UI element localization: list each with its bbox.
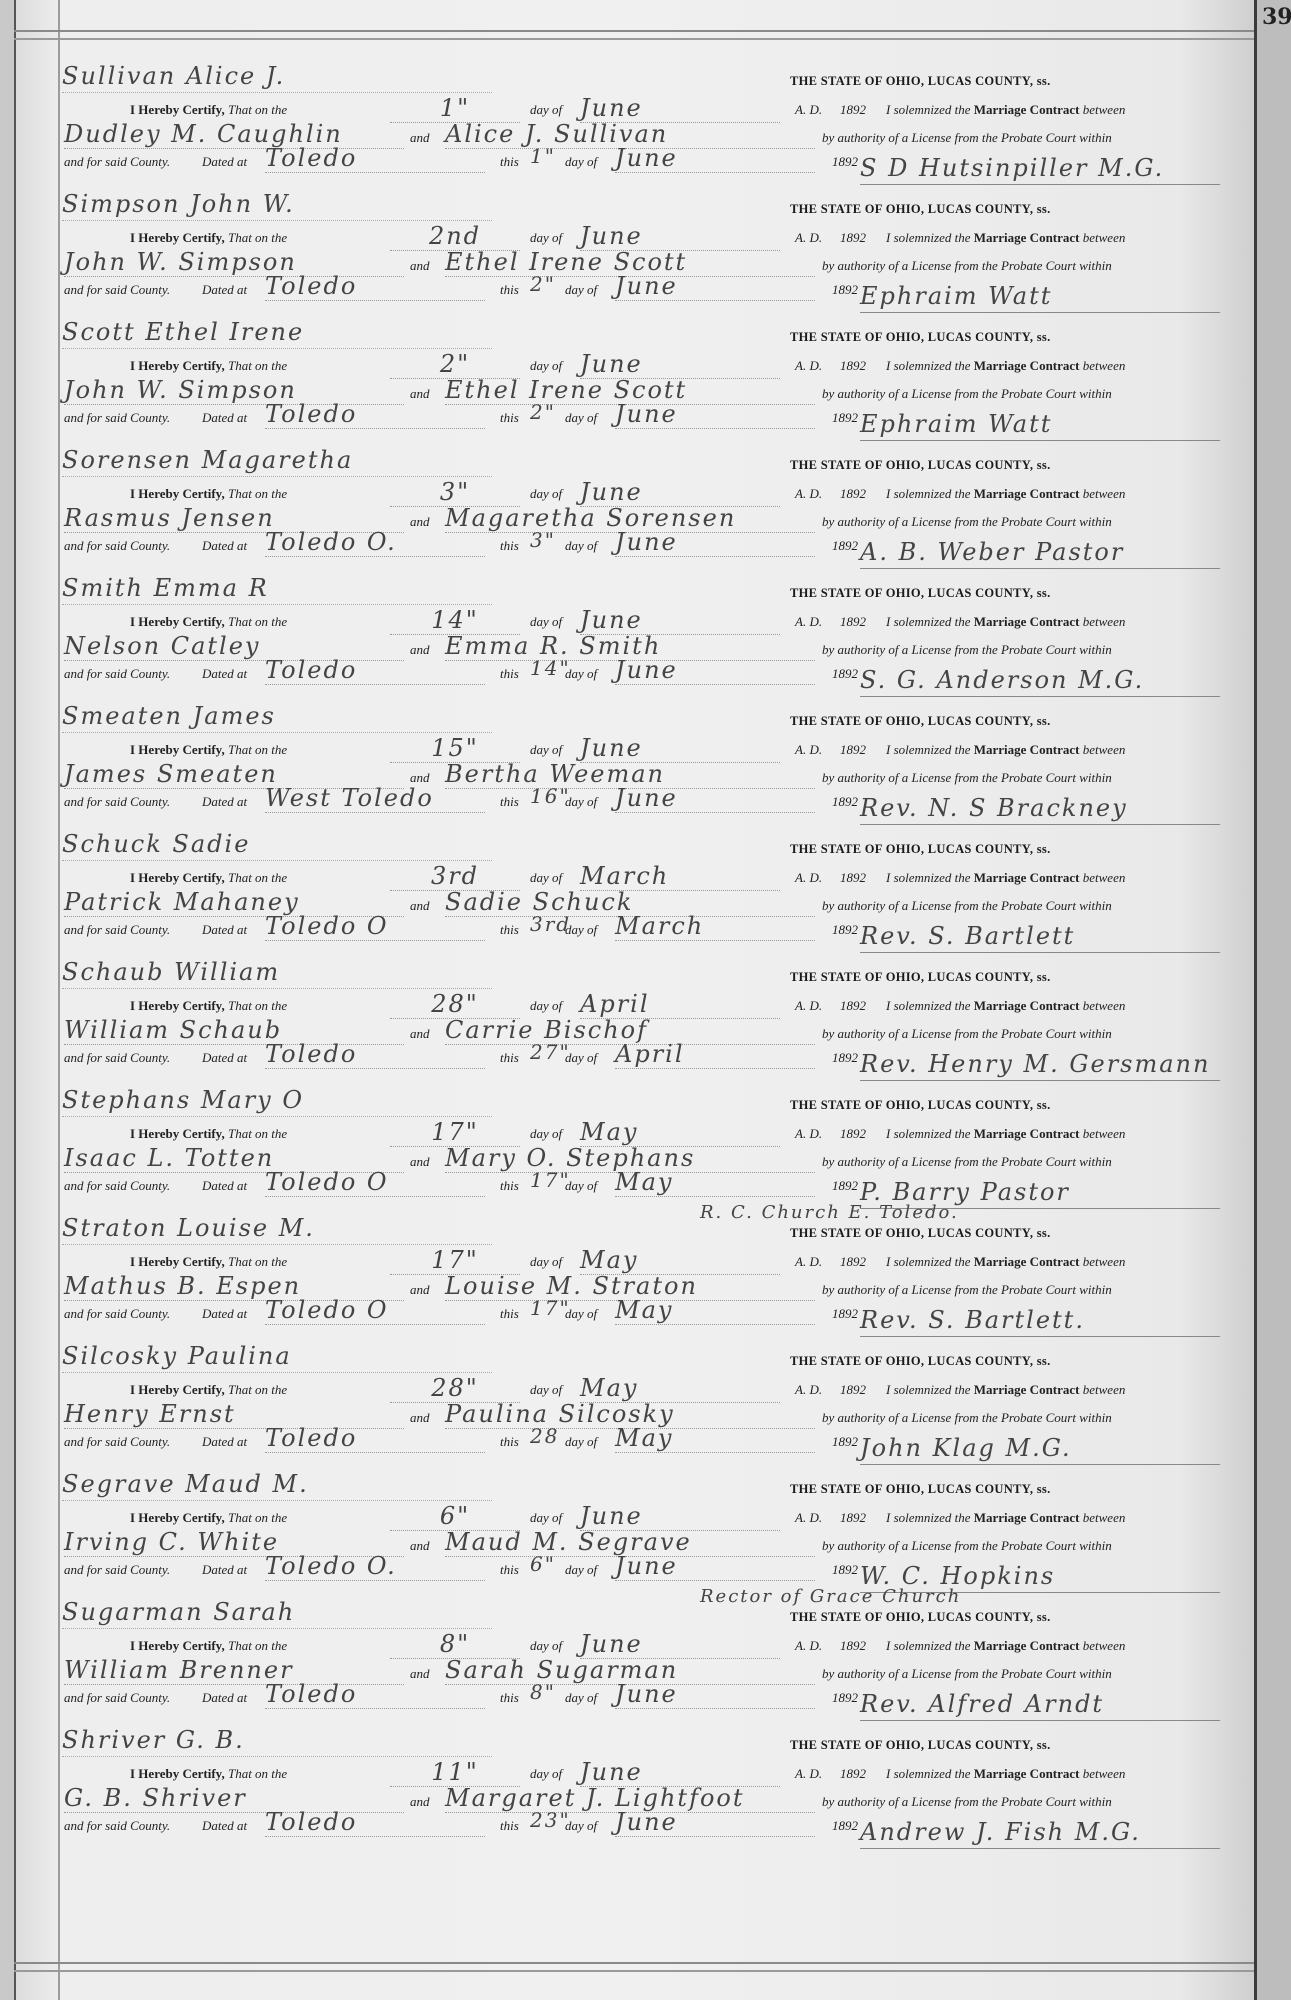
dated-place: Toledo xyxy=(265,1040,485,1069)
dated-month: June xyxy=(615,1552,815,1581)
certify-label: I Hereby Certify, That on the xyxy=(130,102,287,118)
dated-year: 1892 xyxy=(832,1690,858,1706)
day-of-label: day of xyxy=(530,614,562,630)
ad-label: A. D. xyxy=(795,1254,822,1270)
dated-day-of-label: day of xyxy=(565,1306,597,1322)
marriage-record: Schuck Sadie THE STATE OF OHIO, LUCAS CO… xyxy=(60,830,1220,954)
dated-place: Toledo xyxy=(265,400,485,429)
marriage-record: Straton Louise M. THE STATE OF OHIO, LUC… xyxy=(60,1214,1220,1338)
dated-place: Toledo xyxy=(265,1424,485,1453)
dated-year: 1892 xyxy=(832,1050,858,1066)
state-header: THE STATE OF OHIO, LUCAS COUNTY, ss. xyxy=(790,842,1051,857)
dated-day-of-label: day of xyxy=(565,282,597,298)
index-name: Smeaten James xyxy=(62,702,492,733)
marriage-year: 1892 xyxy=(840,230,866,246)
marriage-record: Simpson John W. THE STATE OF OHIO, LUCAS… xyxy=(60,190,1220,314)
ad-label: A. D. xyxy=(795,486,822,502)
day-of-label: day of xyxy=(530,998,562,1014)
day-of-label: day of xyxy=(530,1126,562,1142)
dated-year: 1892 xyxy=(832,410,858,426)
dated-year: 1892 xyxy=(832,922,858,938)
day-of-label: day of xyxy=(530,1254,562,1270)
dated-month: June xyxy=(615,528,815,557)
ad-label: A. D. xyxy=(795,102,822,118)
dated-year: 1892 xyxy=(832,1178,858,1194)
ad-label: A. D. xyxy=(795,1766,822,1782)
county-label: and for said County. xyxy=(64,1818,170,1834)
marriage-record: Silcosky Paulina THE STATE OF OHIO, LUCA… xyxy=(60,1342,1220,1466)
day-of-label: day of xyxy=(530,1638,562,1654)
dated-day-of-label: day of xyxy=(565,1818,597,1834)
day-of-label: day of xyxy=(530,1510,562,1526)
county-label: and for said County. xyxy=(64,1178,170,1194)
index-name: Stephans Mary O xyxy=(62,1086,492,1117)
index-name: Shriver G. B. xyxy=(62,1726,492,1757)
county-label: and for said County. xyxy=(64,410,170,426)
ad-label: A. D. xyxy=(795,358,822,374)
marriage-year: 1892 xyxy=(840,742,866,758)
county-label: and for said County. xyxy=(64,1562,170,1578)
dated-month: May xyxy=(615,1296,815,1325)
dated-place: Toledo xyxy=(265,1808,485,1837)
marriage-record: Stephans Mary O THE STATE OF OHIO, LUCAS… xyxy=(60,1086,1220,1210)
certify-label: I Hereby Certify, That on the xyxy=(130,1254,287,1270)
dated-day-of-label: day of xyxy=(565,538,597,554)
solemnized-label: I solemnized the Marriage Contract betwe… xyxy=(886,614,1125,630)
solemnized-label: I solemnized the Marriage Contract betwe… xyxy=(886,102,1125,118)
this-label: this xyxy=(500,1434,519,1450)
solemnized-label: I solemnized the Marriage Contract betwe… xyxy=(886,998,1125,1014)
state-header: THE STATE OF OHIO, LUCAS COUNTY, ss. xyxy=(790,1738,1051,1753)
county-label: and for said County. xyxy=(64,1306,170,1322)
dated-place: Toledo O xyxy=(265,1168,485,1197)
dated-at-label: Dated at xyxy=(202,1690,247,1706)
ad-label: A. D. xyxy=(795,1382,822,1398)
certify-label: I Hereby Certify, That on the xyxy=(130,998,287,1014)
marriage-record: Segrave Maud M. THE STATE OF OHIO, LUCAS… xyxy=(60,1470,1220,1594)
marriage-record: Smith Emma R THE STATE OF OHIO, LUCAS CO… xyxy=(60,574,1220,698)
officiant-signature: Ephraim Watt xyxy=(860,282,1220,313)
certify-label: I Hereby Certify, That on the xyxy=(130,1126,287,1142)
dated-place: Toledo xyxy=(265,272,485,301)
certify-label: I Hereby Certify, That on the xyxy=(130,742,287,758)
ad-label: A. D. xyxy=(795,614,822,630)
marriage-record: Schaub William THE STATE OF OHIO, LUCAS … xyxy=(60,958,1220,1082)
dated-day-of-label: day of xyxy=(565,666,597,682)
day-of-label: day of xyxy=(530,1766,562,1782)
certify-label: I Hereby Certify, That on the xyxy=(130,1766,287,1782)
dated-place: West Toledo xyxy=(265,784,485,813)
this-label: this xyxy=(500,538,519,554)
certify-label: I Hereby Certify, That on the xyxy=(130,230,287,246)
officiant-signature: Rev. S. Bartlett xyxy=(860,922,1220,953)
state-header: THE STATE OF OHIO, LUCAS COUNTY, ss. xyxy=(790,1098,1051,1113)
dated-day: 2" xyxy=(530,400,556,424)
this-label: this xyxy=(500,410,519,426)
state-header: THE STATE OF OHIO, LUCAS COUNTY, ss. xyxy=(790,1354,1051,1369)
this-label: this xyxy=(500,282,519,298)
marriage-year: 1892 xyxy=(840,358,866,374)
dated-month: April xyxy=(615,1040,815,1069)
dated-at-label: Dated at xyxy=(202,666,247,682)
this-label: this xyxy=(500,1690,519,1706)
state-header: THE STATE OF OHIO, LUCAS COUNTY, ss. xyxy=(790,1610,1051,1625)
state-header: THE STATE OF OHIO, LUCAS COUNTY, ss. xyxy=(790,1482,1051,1497)
marriage-record: Sullivan Alice J. THE STATE OF OHIO, LUC… xyxy=(60,62,1220,186)
marriage-year: 1892 xyxy=(840,614,866,630)
dated-year: 1892 xyxy=(832,1562,858,1578)
solemnized-label: I solemnized the Marriage Contract betwe… xyxy=(886,870,1125,886)
state-header: THE STATE OF OHIO, LUCAS COUNTY, ss. xyxy=(790,586,1051,601)
solemnized-label: I solemnized the Marriage Contract betwe… xyxy=(886,1254,1125,1270)
dated-day-of-label: day of xyxy=(565,154,597,170)
index-name: Smith Emma R xyxy=(62,574,492,605)
dated-at-label: Dated at xyxy=(202,282,247,298)
state-header: THE STATE OF OHIO, LUCAS COUNTY, ss. xyxy=(790,970,1051,985)
county-label: and for said County. xyxy=(64,282,170,298)
officiant-signature: Rev. Alfred Arndt xyxy=(860,1690,1220,1721)
dated-month: June xyxy=(615,656,815,685)
ad-label: A. D. xyxy=(795,870,822,886)
marriage-record: Scott Ethel Irene THE STATE OF OHIO, LUC… xyxy=(60,318,1220,442)
marriage-year: 1892 xyxy=(840,998,866,1014)
dated-month: May xyxy=(615,1168,815,1197)
county-label: and for said County. xyxy=(64,794,170,810)
officiant-signature: S D Hutsinpiller M.G. xyxy=(860,154,1220,185)
dated-at-label: Dated at xyxy=(202,154,247,170)
dated-place: Toledo O. xyxy=(265,1552,485,1581)
county-label: and for said County. xyxy=(64,1434,170,1450)
officiant-signature: Rev. S. Bartlett. xyxy=(860,1306,1220,1337)
this-label: this xyxy=(500,1050,519,1066)
dated-month: June xyxy=(615,272,815,301)
this-label: this xyxy=(500,1178,519,1194)
dated-month: June xyxy=(615,400,815,429)
marriage-year: 1892 xyxy=(840,1126,866,1142)
dated-day-of-label: day of xyxy=(565,1050,597,1066)
ad-label: A. D. xyxy=(795,998,822,1014)
officiant-signature: A. B. Weber Pastor xyxy=(860,538,1220,569)
certify-label: I Hereby Certify, That on the xyxy=(130,358,287,374)
index-name: Schaub William xyxy=(62,958,492,989)
dated-place: Toledo xyxy=(265,144,485,173)
certify-label: I Hereby Certify, That on the xyxy=(130,1638,287,1654)
this-label: this xyxy=(500,1818,519,1834)
dated-day-of-label: day of xyxy=(565,1690,597,1706)
marriage-year: 1892 xyxy=(840,870,866,886)
dated-day-of-label: day of xyxy=(565,794,597,810)
dated-month: March xyxy=(615,912,815,941)
this-label: this xyxy=(500,154,519,170)
day-of-label: day of xyxy=(530,230,562,246)
dated-at-label: Dated at xyxy=(202,794,247,810)
dated-year: 1892 xyxy=(832,666,858,682)
day-of-label: day of xyxy=(530,870,562,886)
dated-month: June xyxy=(615,1808,815,1837)
dated-month: May xyxy=(615,1424,815,1453)
county-label: and for said County. xyxy=(64,1690,170,1706)
certify-label: I Hereby Certify, That on the xyxy=(130,1510,287,1526)
state-header: THE STATE OF OHIO, LUCAS COUNTY, ss. xyxy=(790,1226,1051,1241)
index-name: Sugarman Sarah xyxy=(62,1598,492,1629)
state-header: THE STATE OF OHIO, LUCAS COUNTY, ss. xyxy=(790,202,1051,217)
this-label: this xyxy=(500,922,519,938)
day-of-label: day of xyxy=(530,102,562,118)
solemnized-label: I solemnized the Marriage Contract betwe… xyxy=(886,742,1125,758)
dated-day-of-label: day of xyxy=(565,1178,597,1194)
marriage-year: 1892 xyxy=(840,486,866,502)
index-name: Segrave Maud M. xyxy=(62,1470,492,1501)
state-header: THE STATE OF OHIO, LUCAS COUNTY, ss. xyxy=(790,330,1051,345)
index-name: Schuck Sadie xyxy=(62,830,492,861)
dated-year: 1892 xyxy=(832,1818,858,1834)
solemnized-label: I solemnized the Marriage Contract betwe… xyxy=(886,486,1125,502)
dated-day-of-label: day of xyxy=(565,1562,597,1578)
dated-month: June xyxy=(615,1680,815,1709)
dated-place: Toledo O xyxy=(265,1296,485,1325)
certify-label: I Hereby Certify, That on the xyxy=(130,870,287,886)
marriage-record: Sugarman Sarah THE STATE OF OHIO, LUCAS … xyxy=(60,1598,1220,1722)
dated-month: June xyxy=(615,784,815,813)
dated-place: Toledo O. xyxy=(265,528,485,557)
index-name: Sorensen Magaretha xyxy=(62,446,492,477)
marriage-year: 1892 xyxy=(840,1510,866,1526)
marriage-year: 1892 xyxy=(840,1638,866,1654)
dated-at-label: Dated at xyxy=(202,922,247,938)
officiant-signature: John Klag M.G. xyxy=(860,1434,1220,1465)
dated-at-label: Dated at xyxy=(202,1306,247,1322)
dated-day: 6" xyxy=(530,1552,556,1576)
solemnized-label: I solemnized the Marriage Contract betwe… xyxy=(886,1766,1125,1782)
state-header: THE STATE OF OHIO, LUCAS COUNTY, ss. xyxy=(790,74,1051,89)
index-name: Sullivan Alice J. xyxy=(62,62,492,93)
marriage-record: Sorensen Magaretha THE STATE OF OHIO, LU… xyxy=(60,446,1220,570)
dated-at-label: Dated at xyxy=(202,538,247,554)
ad-label: A. D. xyxy=(795,230,822,246)
dated-year: 1892 xyxy=(832,154,858,170)
dated-at-label: Dated at xyxy=(202,1562,247,1578)
officiant-signature: Andrew J. Fish M.G. xyxy=(860,1818,1220,1849)
dated-day: 2" xyxy=(530,272,556,296)
dated-day-of-label: day of xyxy=(565,410,597,426)
certify-label: I Hereby Certify, That on the xyxy=(130,614,287,630)
dated-place: Toledo O xyxy=(265,912,485,941)
county-label: and for said County. xyxy=(64,1050,170,1066)
solemnized-label: I solemnized the Marriage Contract betwe… xyxy=(886,358,1125,374)
ad-label: A. D. xyxy=(795,742,822,758)
solemnized-label: I solemnized the Marriage Contract betwe… xyxy=(886,1638,1125,1654)
day-of-label: day of xyxy=(530,358,562,374)
certify-label: I Hereby Certify, That on the xyxy=(130,486,287,502)
county-label: and for said County. xyxy=(64,538,170,554)
index-name: Silcosky Paulina xyxy=(62,1342,492,1373)
dated-day: 8" xyxy=(530,1680,556,1704)
dated-year: 1892 xyxy=(832,538,858,554)
dated-at-label: Dated at xyxy=(202,1178,247,1194)
dated-day-of-label: day of xyxy=(565,1434,597,1450)
dated-year: 1892 xyxy=(832,1306,858,1322)
day-of-label: day of xyxy=(530,1382,562,1398)
state-header: THE STATE OF OHIO, LUCAS COUNTY, ss. xyxy=(790,458,1051,473)
solemnized-label: I solemnized the Marriage Contract betwe… xyxy=(886,230,1125,246)
marriage-records: Sullivan Alice J. THE STATE OF OHIO, LUC… xyxy=(0,0,1291,2000)
index-name: Scott Ethel Irene xyxy=(62,318,492,349)
this-label: this xyxy=(500,1306,519,1322)
index-name: Simpson John W. xyxy=(62,190,492,221)
officiant-signature: Rev. Henry M. Gersmann xyxy=(860,1050,1220,1081)
dated-at-label: Dated at xyxy=(202,1818,247,1834)
dated-year: 1892 xyxy=(832,1434,858,1450)
officiant-signature: Ephraim Watt xyxy=(860,410,1220,441)
day-of-label: day of xyxy=(530,742,562,758)
solemnized-label: I solemnized the Marriage Contract betwe… xyxy=(886,1510,1125,1526)
marriage-year: 1892 xyxy=(840,1254,866,1270)
dated-year: 1892 xyxy=(832,794,858,810)
dated-at-label: Dated at xyxy=(202,410,247,426)
dated-place: Toledo xyxy=(265,1680,485,1709)
dated-day: 1" xyxy=(530,144,556,168)
solemnized-label: I solemnized the Marriage Contract betwe… xyxy=(886,1382,1125,1398)
certify-label: I Hereby Certify, That on the xyxy=(130,1382,287,1398)
dated-place: Toledo xyxy=(265,656,485,685)
state-header: THE STATE OF OHIO, LUCAS COUNTY, ss. xyxy=(790,714,1051,729)
dated-at-label: Dated at xyxy=(202,1050,247,1066)
day-of-label: day of xyxy=(530,486,562,502)
this-label: this xyxy=(500,1562,519,1578)
county-label: and for said County. xyxy=(64,154,170,170)
solemnized-label: I solemnized the Marriage Contract betwe… xyxy=(886,1126,1125,1142)
county-label: and for said County. xyxy=(64,666,170,682)
this-label: this xyxy=(500,666,519,682)
ad-label: A. D. xyxy=(795,1126,822,1142)
marriage-record: Shriver G. B. THE STATE OF OHIO, LUCAS C… xyxy=(60,1726,1220,1850)
dated-day: 3" xyxy=(530,528,556,552)
officiant-signature: Rev. N. S Brackney xyxy=(860,794,1220,825)
county-label: and for said County. xyxy=(64,922,170,938)
marriage-record: Smeaten James THE STATE OF OHIO, LUCAS C… xyxy=(60,702,1220,826)
index-name: Straton Louise M. xyxy=(62,1214,492,1245)
ad-label: A. D. xyxy=(795,1510,822,1526)
dated-month: June xyxy=(615,144,815,173)
marriage-year: 1892 xyxy=(840,1382,866,1398)
this-label: this xyxy=(500,794,519,810)
marriage-year: 1892 xyxy=(840,1766,866,1782)
dated-day: 28 xyxy=(530,1424,559,1448)
marriage-year: 1892 xyxy=(840,102,866,118)
dated-day-of-label: day of xyxy=(565,922,597,938)
officiant-signature: S. G. Anderson M.G. xyxy=(860,666,1220,697)
ad-label: A. D. xyxy=(795,1638,822,1654)
dated-at-label: Dated at xyxy=(202,1434,247,1450)
dated-year: 1892 xyxy=(832,282,858,298)
